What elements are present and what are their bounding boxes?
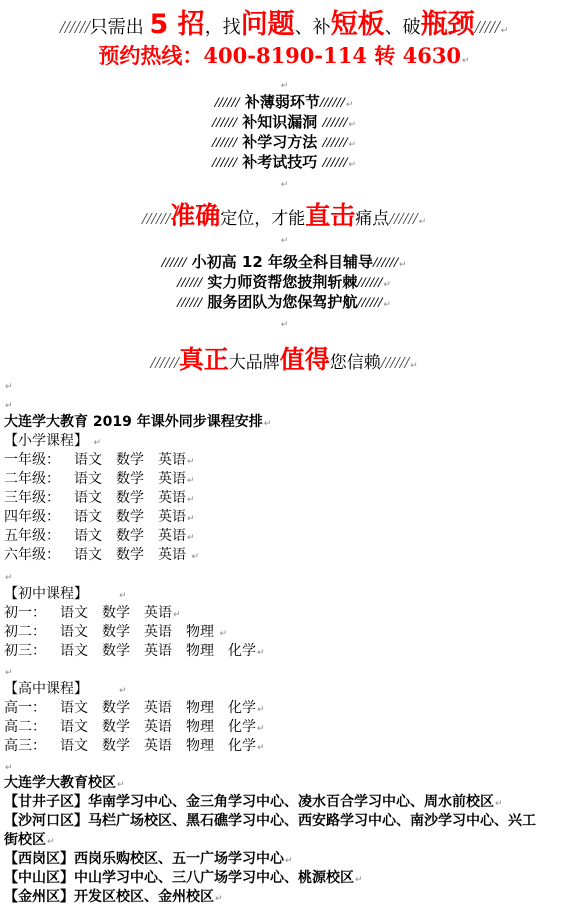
paragraph-mark-icon: ↵ — [187, 476, 195, 486]
paragraph-mark-icon: ↵ — [281, 320, 289, 330]
precision-slogan: //////准确定位，才能直击痛点//////↵ — [0, 196, 568, 232]
paragraph-mark-icon: ↵ — [187, 457, 195, 467]
paragraph-mark-icon: ↵ — [346, 100, 354, 110]
decor-slashes: ////// — [60, 17, 90, 37]
highlight: 问题 — [241, 9, 295, 40]
course-row: 四年级：语文数学英语↵ — [4, 508, 568, 529]
campus-title: 大连学大教育校区↵ — [4, 774, 568, 795]
campus-list: 中山学习中心、三八广场学习中心、桃源校区 — [74, 870, 354, 886]
campus-list: 马栏广场校区、黑石礁学习中心、西安路学习中心、南沙学习中心、兴工 — [88, 813, 536, 829]
paragraph-mark-icon: ↵ — [495, 799, 503, 809]
highlight: 短板 — [331, 9, 385, 40]
paragraph-mark-icon: ↵ — [219, 629, 227, 639]
paragraph-mark-icon: ↵ — [257, 705, 265, 715]
paragraph-mark-icon: ↵ — [355, 875, 363, 885]
campus-district: 【金州区】开发区校区、金州校区↵ — [4, 888, 568, 909]
paragraph-mark-icon: ↵ — [383, 280, 391, 290]
paragraph-mark-icon: ↵ — [257, 648, 265, 658]
paragraph-mark-icon: ↵ — [5, 382, 13, 392]
district-name: 【甘井子区】 — [4, 794, 88, 810]
district-name: 【中山区】 — [4, 870, 74, 886]
course-row: 高二：语文数学英语物理化学↵ — [4, 718, 568, 739]
campus-district: 【甘井子区】华南学习中心、金三角学习中心、凌水百合学习中心、周水前校区↵ — [4, 793, 568, 814]
campus-list: 开发区校区、金州校区 — [74, 889, 214, 905]
hotline-extension: 4630 — [403, 43, 461, 68]
campus-list: 华南学习中心、金三角学习中心、凌水百合学习中心、周水前校区 — [88, 794, 494, 810]
paragraph-mark-icon: ↵ — [281, 180, 289, 190]
blank-line: ↵ — [4, 376, 568, 397]
course-row: 初三：语文数学英语物理化学↵ — [4, 642, 568, 663]
paragraph-mark-icon: ↵ — [47, 837, 55, 847]
section-heading-senior: 【高中课程】↵ — [4, 680, 568, 701]
headline: //////只需出 5 招，找问题、补短板、破瓶颈/////↵ — [0, 2, 568, 41]
paragraph-mark-icon: ↵ — [264, 419, 272, 429]
section-heading-primary: 【小学课程】 ↵ — [4, 432, 568, 453]
campus-district: 【沙河口区】马栏广场校区、黑石礁学习中心、西安路学习中心、南沙学习中心、兴工 — [4, 812, 568, 831]
paragraph-mark-icon: ↵ — [501, 26, 509, 36]
course-row: 二年级：语文数学英语↵ — [4, 470, 568, 491]
hotline: 预约热线：400-8190-114 转 4630↵ — [0, 40, 568, 70]
blank-line: ↵ — [0, 73, 568, 92]
paragraph-mark-icon: ↵ — [281, 236, 289, 246]
course-row: 五年级：语文数学英语↵ — [4, 527, 568, 548]
paragraph-mark-icon: ↵ — [187, 533, 195, 543]
paragraph-mark-icon: ↵ — [187, 514, 195, 524]
paragraph-mark-icon: ↵ — [348, 140, 356, 150]
paragraph-mark-icon: ↵ — [281, 81, 289, 91]
paragraph-mark-icon: ↵ — [5, 668, 13, 678]
paragraph-mark-icon: ↵ — [215, 894, 223, 904]
schedule-title: 大连学大教育 2019 年课外同步课程安排↵ — [4, 413, 568, 434]
course-row: 三年级：语文数学英语↵ — [4, 489, 568, 510]
paragraph-mark-icon: ↵ — [173, 610, 181, 620]
blank-line: ↵ — [0, 228, 568, 247]
course-row: 初一：语文数学英语↵ — [4, 604, 568, 625]
campus-district: 【中山区】中山学习中心、三八广场学习中心、桃源校区↵ — [4, 869, 568, 890]
highlight: 直击 — [305, 201, 355, 230]
decor-slashes: ///// — [475, 17, 500, 37]
district-name: 【沙河口区】 — [4, 813, 88, 829]
course-row: 一年级：语文数学英语↵ — [4, 451, 568, 472]
paragraph-mark-icon: ↵ — [410, 361, 418, 371]
paragraph-mark-icon: ↵ — [348, 120, 356, 130]
campus-district: 【西岗区】西岗乐购校区、五一广场学习中心↵ — [4, 850, 568, 871]
highlight: 瓶颈 — [421, 9, 475, 40]
paragraph-mark-icon: ↵ — [5, 763, 13, 773]
paragraph-mark-icon: ↵ — [399, 260, 407, 270]
course-row: 六年级：语文数学英语 ↵ — [4, 546, 568, 567]
campus-list: 西岗乐购校区、五一广场学习中心 — [74, 851, 284, 867]
course-row: 高一：语文数学英语物理化学↵ — [4, 699, 568, 720]
campus-district-wrap: 街校区↵ — [4, 831, 568, 852]
paragraph-mark-icon: ↵ — [191, 552, 199, 562]
course-row: 初二：语文数学英语物理 ↵ — [4, 623, 568, 644]
district-name: 【金州区】 — [4, 889, 74, 905]
section-heading-junior: 【初中课程】↵ — [4, 585, 568, 606]
paragraph-mark-icon: ↵ — [419, 217, 427, 227]
highlight: 5 招 — [150, 9, 205, 40]
paragraph-mark-icon: ↵ — [348, 160, 356, 170]
highlight: 值得 — [280, 345, 330, 374]
blank-line: ↵ — [0, 312, 568, 331]
course-row: 高三：语文数学英语物理化学↵ — [4, 737, 568, 758]
trust-slogan: //////真正大品牌值得您信赖//////↵ — [0, 340, 568, 376]
blank-line: ↵ — [0, 172, 568, 191]
highlight: 真正 — [179, 345, 229, 374]
paragraph-mark-icon: ↵ — [383, 300, 391, 310]
paragraph-mark-icon: ↵ — [119, 686, 127, 696]
paragraph-mark-icon: ↵ — [257, 724, 265, 734]
paragraph-mark-icon: ↵ — [462, 56, 470, 66]
paragraph-mark-icon: ↵ — [285, 856, 293, 866]
paragraph-mark-icon: ↵ — [5, 573, 13, 583]
paragraph-mark-icon: ↵ — [5, 401, 13, 411]
hotline-number: 400-8190-114 — [203, 43, 367, 68]
district-name: 【西岗区】 — [4, 851, 74, 867]
paragraph-mark-icon: ↵ — [93, 438, 101, 448]
paragraph-mark-icon: ↵ — [117, 780, 125, 790]
highlight: 准确 — [170, 201, 220, 230]
paragraph-mark-icon: ↵ — [187, 495, 195, 505]
paragraph-mark-icon: ↵ — [257, 743, 265, 753]
paragraph-mark-icon: ↵ — [119, 591, 127, 601]
